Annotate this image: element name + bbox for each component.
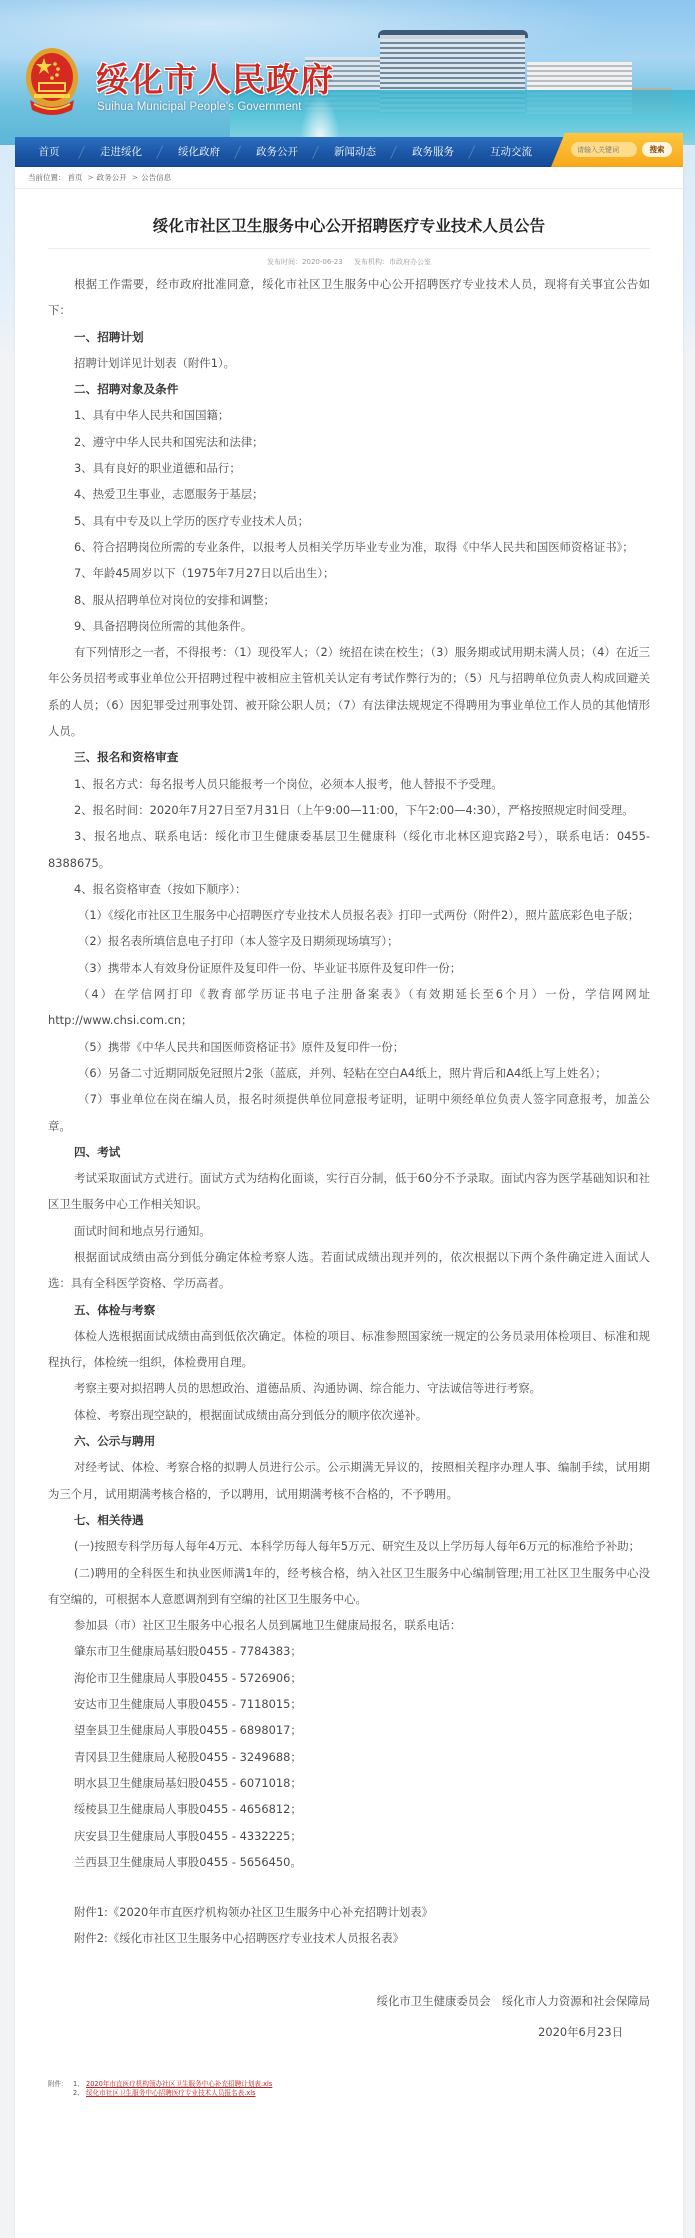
registration-item: 1、报名方式：每名报考人员只能报考一个岗位，必须本人报考，他人替报不予受理。 [48, 771, 650, 797]
breadcrumb: 当前位置：首页>政务公开>公告信息 [15, 167, 683, 189]
national-emblem-icon[interactable] [22, 44, 82, 134]
search-area: 搜索 [551, 133, 683, 167]
nav-item-suihua-government[interactable]: 绥化政府 [163, 137, 235, 167]
content-panel: 当前位置：首页>政务公开>公告信息 绥化市社区卫生服务中心公开招聘医疗专业技术人… [15, 167, 683, 2238]
eligibility-item: 8、服从招聘单位对岗位的安排和调整； [48, 587, 650, 613]
publisher: 发布机构：市政府办公室 [354, 258, 431, 266]
attachment-reference: 附件1:《2020年市直医疗机构领办社区卫生服务中心补充招聘计划表》 [48, 1899, 650, 1925]
eligibility-item: 1、具有中华人民共和国国籍； [48, 402, 650, 428]
site-title: 绥化市人民政府 [96, 54, 334, 101]
eligibility-item: 6、符合招聘岗位所需的专业条件，以报考人员相关学历毕业专业为准，取得《中华人民共… [48, 534, 650, 560]
review-subitem: （4）在学信网打印《教育部学历证书电子注册备案表》（有效期延长至6个月）一份，学… [48, 981, 650, 1034]
spacer [48, 1952, 650, 1986]
attachment-reference: 附件2:《绥化市社区卫生服务中心招聘医疗专业技术人员报名表》 [48, 1925, 650, 1951]
review-subitem: （2）报名表所填信息电子打印（本人签字及日期须现场填写）； [48, 928, 650, 954]
section-heading-eligibility: 二、招聘对象及条件 [48, 376, 650, 402]
file-attachments: 附件： 1、 2020年市直医疗机构领办社区卫生服务中心补充招聘计划表.xls … [15, 2080, 683, 2099]
medical-check-paragraph: 体检、考察出现空缺的，根据面试成绩由高分到低分的顺序依次递补。 [48, 1402, 650, 1428]
breadcrumb-item-government-affairs[interactable]: 政务公开 [97, 173, 127, 182]
file-link-registration-form[interactable]: 绥化市社区卫生服务中心招聘医疗专业技术人员报名表.xls [86, 2089, 256, 2099]
contact-list: 肇东市卫生健康局基妇股0455 - 7784383； 海伦市卫生健康局人事股04… [48, 1638, 650, 1875]
search-button[interactable]: 搜索 [642, 142, 672, 157]
section-heading-publicity-hiring: 六、公示与聘用 [48, 1428, 650, 1454]
publish-time: 发布时间：2020-06-23 [267, 258, 343, 266]
eligibility-item: 5、具有中专及以上学历的医疗专业技术人员； [48, 508, 650, 534]
breadcrumb-item-announcements[interactable]: 公告信息 [141, 173, 171, 182]
title-divider [48, 248, 650, 249]
exam-paragraph: 面试时间和地点另行通知。 [48, 1218, 650, 1244]
nav-item-government-services[interactable]: 政务服务 [397, 137, 469, 167]
breadcrumb-label: 当前位置： [28, 173, 66, 182]
spacer [48, 1875, 650, 1899]
nav-item-news[interactable]: 新闻动态 [319, 137, 391, 167]
article-body: 根据工作需要，经市政府批准同意，绥化市社区卫生服务中心公开招聘医疗专业技术人员，… [15, 271, 683, 2048]
section-heading-recruitment-plan: 一、招聘计划 [48, 324, 650, 350]
file-attachments-label: 附件： [48, 2080, 73, 2090]
site-subtitle: Suihua Municipal People's Government [97, 101, 302, 113]
banner-fountain [300, 95, 340, 140]
search-input[interactable] [571, 142, 637, 157]
benefits-paragraph: 参加县（市）社区卫生服务中心报名人员到属地卫生健康局报名，联系电话： [48, 1612, 650, 1638]
contact-item: 绥棱县卫生健康局人事股0455 - 4656812； [48, 1796, 650, 1822]
contact-item: 明水县卫生健康局基妇股0455 - 6071018； [48, 1770, 650, 1796]
review-subitem: （1）《绥化市社区卫生服务中心招聘医疗专业技术人员报名表》打印一式两份（附件2）… [48, 902, 650, 928]
medical-check-paragraph: 体检人选根据面试成绩由高到低依次确定。体检的项目、标准参照国家统一规定的公务员录… [48, 1323, 650, 1376]
breadcrumb-separator: > [132, 173, 138, 182]
file-number: 2、 [73, 2089, 86, 2099]
header-banner: 绥化市人民政府 Suihua Municipal People's Govern… [0, 0, 695, 145]
file-link-recruitment-plan[interactable]: 2020年市直医疗机构领办社区卫生服务中心补充招聘计划表.xls [86, 2080, 272, 2090]
signature-organizations: 绥化市卫生健康委员会 绥化市人力资源和社会保障局 [48, 1986, 650, 2017]
section-heading-registration: 三、报名和资格审查 [48, 744, 650, 770]
attachment-references: 附件1:《2020年市直医疗机构领办社区卫生服务中心补充招聘计划表》 附件2:《… [48, 1899, 650, 1952]
section-heading-medical-check: 五、体检与考察 [48, 1297, 650, 1323]
contact-item: 肇东市卫生健康局基妇股0455 - 7784383； [48, 1638, 650, 1664]
eligibility-item: 3、具有良好的职业道德和品行； [48, 455, 650, 481]
publicity-paragraph: 对经考试、体检、考察合格的拟聘人员进行公示。公示期满无异议的，按照相关程序办理人… [48, 1454, 650, 1507]
registration-item: 4、报名资格审查（按如下顺序）： [48, 876, 650, 902]
review-subitem: （7）事业单位在岗在编人员，报名时须提供单位同意报考证明，证明中须经单位负责人签… [48, 1086, 650, 1139]
file-number: 1、 [73, 2080, 86, 2090]
review-subitem: （5）携带《中华人民共和国医师资格证书》原件及复印件一份； [48, 1034, 650, 1060]
section-heading-benefits: 七、相关待遇 [48, 1507, 650, 1533]
breadcrumb-item-home[interactable]: 首页 [68, 173, 83, 182]
article-meta: 发布时间：2020-06-23 发布机构：市政府办公室 [15, 257, 683, 267]
nav-item-about-suihua[interactable]: 走进绥化 [85, 137, 157, 167]
nav-item-interaction[interactable]: 互动交流 [475, 137, 547, 167]
nav-item-government-affairs[interactable]: 政务公开 [241, 137, 313, 167]
signature-block: 绥化市卫生健康委员会 绥化市人力资源和社会保障局 2020年6月23日 [48, 1986, 650, 2048]
main-nav: 首页 走进绥化 绥化政府 政务公开 新闻动态 政务服务 互动交流 搜索 [15, 137, 683, 167]
eligibility-item: 2、遵守中华人民共和国宪法和法律； [48, 429, 650, 455]
contact-item: 安达市卫生健康局人事股0455 - 7118015； [48, 1691, 650, 1717]
benefits-paragraph: (一)按照专科学历每人每年4万元、本科学历每人每年5万元、研究生及以上学历每人每… [48, 1533, 650, 1559]
exam-paragraph: 根据面试成绩由高分到低分确定体检考察人选。若面试成绩出现并列的，依次根据以下两个… [48, 1244, 650, 1297]
article-title: 绥化市社区卫生服务中心公开招聘医疗专业技术人员公告 [15, 214, 683, 236]
section-heading-exam: 四、考试 [48, 1139, 650, 1165]
contact-item: 望奎县卫生健康局人事股0455 - 6898017； [48, 1717, 650, 1743]
contact-item: 兰西县卫生健康局人事股0455 - 5656450。 [48, 1849, 650, 1875]
medical-check-paragraph: 考察主要对拟招聘人员的思想政治、道德品质、沟通协调、综合能力、守法诚信等进行考察… [48, 1375, 650, 1401]
review-subitem: （3）携带本人有效身份证原件及复印件一份、毕业证书原件及复印件一份； [48, 955, 650, 981]
intro-paragraph: 根据工作需要，经市政府批准同意，绥化市社区卫生服务中心公开招聘医疗专业技术人员，… [48, 271, 650, 324]
signature-date: 2020年6月23日 [48, 2017, 650, 2048]
contact-item: 海伦市卫生健康局人事股0455 - 5726906； [48, 1665, 650, 1691]
eligibility-item: 4、热爱卫生事业，志愿服务于基层； [48, 481, 650, 507]
registration-item: 2、报名时间：2020年7月27日至7月31日（上午9:00—11:00，下午2… [48, 797, 650, 823]
registration-item: 3、报名地点、联系电话：绥化市卫生健康委基层卫生健康科（绥化市北林区迎宾路2号）… [48, 823, 650, 876]
breadcrumb-separator: > [88, 173, 94, 182]
eligibility-item: 9、具备招聘岗位所需的其他条件。 [48, 613, 650, 639]
exclusions-paragraph: 有下列情形之一者，不得报考：（1）现役军人；（2）统招在读在校生；（3）服务期或… [48, 639, 650, 744]
exam-paragraph: 考试采取面试方式进行。面试方式为结构化面谈，实行百分制，低于60分不予录取。面试… [48, 1165, 650, 1218]
nav-item-home[interactable]: 首页 [21, 137, 77, 167]
benefits-paragraph: (二)聘用的全科医生和执业医师满1年的，经考核合格，纳入社区卫生服务中心编制管理… [48, 1560, 650, 1613]
review-subitem: （6）另备二寸近期同版免冠照片2张（蓝底，并列、轻粘在空白A4纸上，照片背后和A… [48, 1060, 650, 1086]
recruitment-plan-text: 招聘计划详见计划表（附件1）。 [48, 350, 650, 376]
contact-item: 青冈县卫生健康局人秘股0455 - 3249688； [48, 1744, 650, 1770]
eligibility-item: 7、年龄45周岁以下（1975年7月27日以后出生）； [48, 560, 650, 586]
contact-item: 庆安县卫生健康局人事股0455 - 4332225； [48, 1823, 650, 1849]
